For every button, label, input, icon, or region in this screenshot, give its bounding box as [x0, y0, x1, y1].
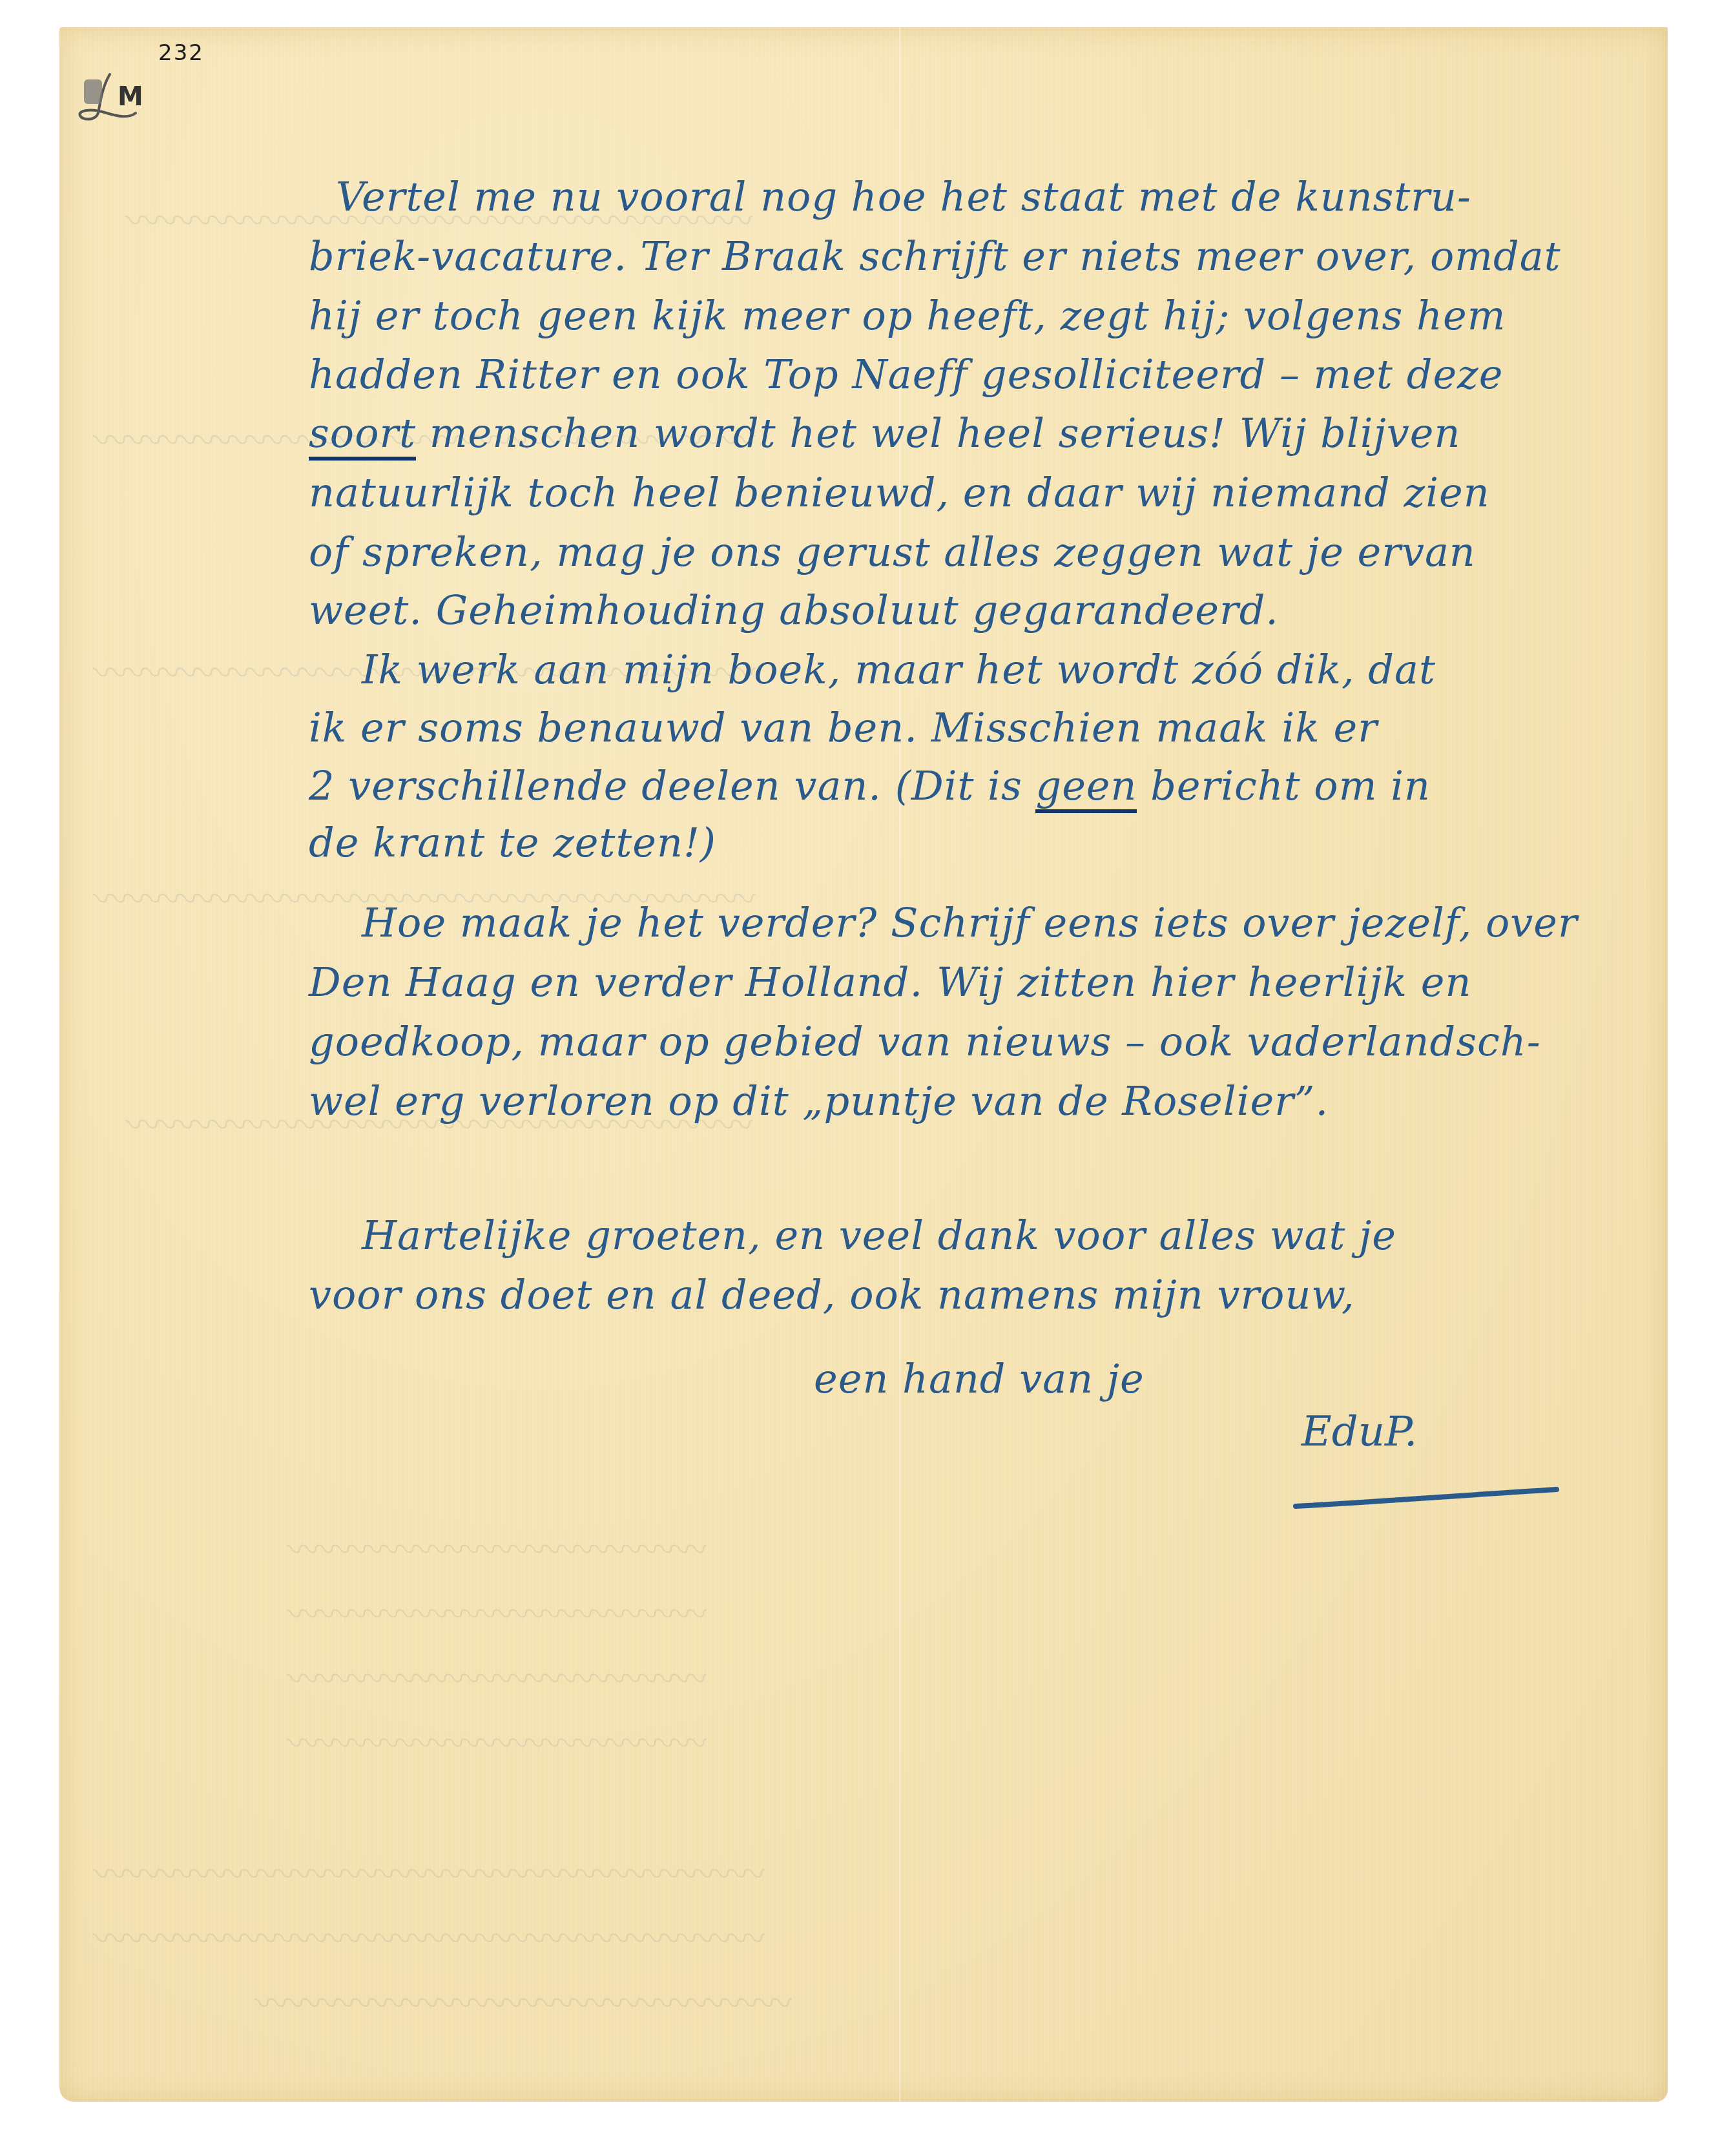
letter-line: soort menschen wordt het wel heel serieu… [309, 409, 1460, 457]
underlined-word: geen [1035, 762, 1137, 813]
signature-underline [1292, 1486, 1563, 1511]
letter-line: voor ons doet en al deed, ook namens mij… [309, 1271, 1355, 1318]
letter-body: Vertel me nu vooral nog hoe het staat me… [0, 0, 1731, 2156]
letter-line: weet. Geheimhouding absoluut gegarandeer… [309, 586, 1279, 634]
line-rest: menschen wordt het wel heel serieus! Wij… [416, 409, 1460, 457]
letter-line: 2 verschillende deelen van. (Dit is geen… [309, 762, 1431, 809]
letter-line: de krant te zetten!) [309, 819, 716, 866]
letter-closing: een hand van je [814, 1355, 1145, 1402]
letter-line: Hoe maak je het verder? Schrijf eens iet… [362, 899, 1578, 946]
letter-line: of spreken, mag je ons gerust alles zegg… [309, 528, 1476, 575]
letter-line: hadden Ritter en ook Top Naeff gesollici… [309, 351, 1503, 398]
letter-line: goedkoop, maar op gebied van nieuws – oo… [309, 1018, 1541, 1065]
letter-line: wel erg verloren op dit „puntje van de R… [309, 1077, 1329, 1125]
letter-line: Den Haag en verder Holland. Wij zitten h… [309, 959, 1471, 1006]
letter-line: Vertel me nu vooral nog hoe het staat me… [336, 173, 1471, 220]
letter-line: Ik werk aan mijn boek, maar het wordt zó… [362, 646, 1436, 693]
letter-line: briek-vacature. Ter Braak schrijft er ni… [309, 233, 1561, 280]
letter-line: hij er toch geen kijk meer op heeft, zeg… [309, 292, 1506, 339]
letter-line: natuurlijk toch heel benieuwd, en daar w… [309, 469, 1490, 516]
line-rest: bericht om in [1137, 762, 1430, 809]
line-start: 2 verschillende deelen van. (Dit is [309, 762, 1035, 809]
letter-line: Hartelijke groeten, en veel dank voor al… [362, 1212, 1396, 1259]
signature: EduP. [1301, 1408, 1417, 1456]
letter-line: ik er soms benauwd van ben. Misschien ma… [309, 704, 1378, 751]
underlined-word: soort [309, 409, 416, 461]
